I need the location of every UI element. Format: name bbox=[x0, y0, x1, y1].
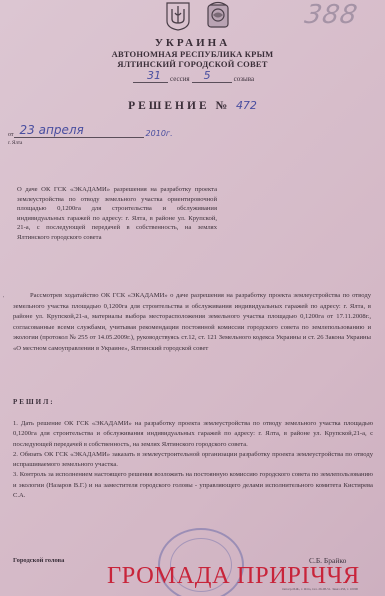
point-2: 2. Обязать ОК ГСК «ЭКАДАМИ» заказать в з… bbox=[13, 450, 373, 471]
signer-title: Городской голова bbox=[13, 557, 64, 564]
margin-mark: ' bbox=[3, 296, 4, 302]
resolved-heading: РЕШИЛ: bbox=[13, 398, 55, 406]
convocation-label: созыва bbox=[234, 75, 254, 83]
decision-number: 472 bbox=[236, 99, 257, 112]
city: г. Ялта bbox=[8, 141, 22, 146]
crimea-coat-of-arms-icon bbox=[205, 1, 231, 31]
date-handwritten: 23 апреля bbox=[20, 123, 84, 137]
point-3: 3. Контроль за исполнением настоящего ре… bbox=[13, 470, 373, 501]
decision-date: от 23 апреля 2010г. bbox=[8, 127, 173, 138]
header-region: АВТОНОМНАЯ РЕСПУБЛИКА КРЫМ bbox=[0, 49, 385, 59]
watermark: ГРОМАДА ПРИРІЧЧЯ bbox=[107, 562, 360, 590]
point-1: 1. Дать решение ОК ГСК «ЭКАДАМИ» на разр… bbox=[13, 419, 373, 450]
page-number: 388 bbox=[302, 0, 360, 30]
printer-footer: типогр.И.Ж., г. Ялта, тел. 26-08-51. Зак… bbox=[282, 587, 358, 591]
session-number: 31 bbox=[147, 69, 161, 82]
decision-title: РЕШЕНИЕ № 472 bbox=[0, 99, 385, 112]
session-line: 31 сессия 5 созыва bbox=[133, 72, 254, 83]
session-label: сессия bbox=[170, 75, 190, 83]
convocation-number: 5 bbox=[204, 69, 211, 82]
preamble: Рассмотрев ходатайство ОК ГСК «ЭКАДАМИ» … bbox=[13, 291, 371, 355]
emblems bbox=[165, 1, 231, 31]
resolution-points: 1. Дать решение ОК ГСК «ЭКАДАМИ» на разр… bbox=[13, 419, 373, 501]
header-council: ЯЛТИНСКИЙ ГОРОДСКОЙ СОВЕТ bbox=[0, 59, 385, 69]
header-country: УКРАИНА bbox=[0, 37, 385, 49]
decision-subject: О даче ОК ГСК «ЭКАДАМИ» разрешения на ра… bbox=[17, 185, 217, 243]
year: 2010г. bbox=[146, 129, 173, 138]
ukraine-trident-icon bbox=[165, 1, 191, 31]
